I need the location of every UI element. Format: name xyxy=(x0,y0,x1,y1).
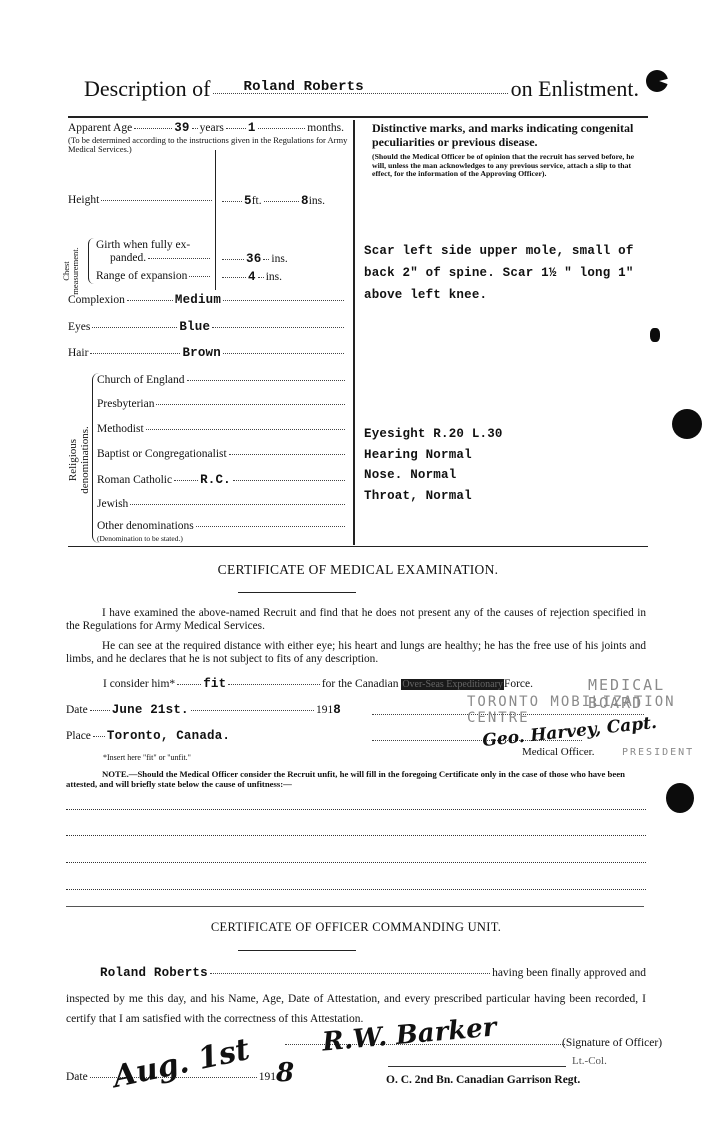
measure-divider xyxy=(215,150,216,290)
commanding-year-value: 8 xyxy=(276,1058,294,1088)
religion-jewish: Jewish xyxy=(97,498,347,510)
insert-note: *Insert here "fit" or "unfit." xyxy=(103,753,191,762)
title-prefix: Description of xyxy=(84,76,210,102)
girth-row: panded. xyxy=(110,252,212,264)
exam-lines: Eyesight R.20 L.30 Hearing Normal Nose. … xyxy=(364,424,503,506)
girth-values: 36 ins. xyxy=(220,252,320,266)
binder-hole-bottom xyxy=(666,783,694,813)
marks-heading: Distinctive marks, and marks indicating … xyxy=(372,121,650,149)
medical-place-value: Toronto, Canada. xyxy=(107,729,230,743)
commanding-name-row: Roland Roberts having been finally appro… xyxy=(100,966,646,980)
rank-line xyxy=(388,1066,566,1067)
height-values: 5 ft. 8 ins. xyxy=(220,194,325,208)
chest-brace xyxy=(88,238,95,284)
girth-value: 36 xyxy=(246,252,261,266)
complexion-row: Complexion Medium xyxy=(68,293,346,307)
medical-date-row: Date June 21st. 191 8 xyxy=(66,703,341,717)
commanding-title-underline xyxy=(238,950,356,951)
commanding-certificate-title: CERTIFICATE OF OFFICER COMMANDING UNIT. xyxy=(66,920,646,935)
religion-presbyterian: Presbyterian xyxy=(97,398,347,410)
age-years-value: 39 xyxy=(174,121,189,135)
religion-other-note: (Denomination to be stated.) xyxy=(97,534,183,543)
column-divider xyxy=(353,120,355,545)
complexion-value: Medium xyxy=(175,293,221,307)
top-rule xyxy=(68,116,648,118)
range-value: 4 xyxy=(248,270,256,284)
recruit-name: Roland Roberts xyxy=(243,79,363,95)
eyes-value: Blue xyxy=(179,320,210,334)
medical-para-2: He can see at the required distance with… xyxy=(66,640,646,666)
medical-officer-label: Medical Officer. xyxy=(522,746,595,758)
eyes-row: Eyes Blue xyxy=(68,320,346,334)
section-divider xyxy=(66,906,644,907)
height-feet-value: 5 xyxy=(244,194,252,208)
unfit-line-3[interactable] xyxy=(66,862,646,863)
chest-group-label: Chest measurement. xyxy=(62,246,80,296)
religion-baptist: Baptist or Congregationalist xyxy=(97,448,347,460)
consider-row: I consider him* fit for the Canadian Ove… xyxy=(103,677,533,691)
range-row: Range of expansion xyxy=(96,270,212,282)
commanding-date-value: Aug. 1st xyxy=(110,1032,253,1095)
binder-hole-top xyxy=(646,70,668,92)
form-title: Description of Roland Roberts on Enlistm… xyxy=(84,76,639,102)
force-struck: Over-Seas Expeditionary xyxy=(401,679,504,690)
fitness-value: fit xyxy=(203,677,226,691)
apparent-age-row: Apparent Age 39 years 1 months. xyxy=(68,121,344,135)
commanding-recruit-name: Roland Roberts xyxy=(100,966,208,980)
unfit-line-1[interactable] xyxy=(66,809,646,810)
medical-title-underline xyxy=(238,592,356,593)
marks-note: (Should the Medical Officer be of opinio… xyxy=(372,153,650,179)
unfit-line-2[interactable] xyxy=(66,835,646,836)
title-suffix: on Enlistment. xyxy=(511,76,639,102)
binder-hole-middle xyxy=(672,409,702,439)
height-inches-value: 8 xyxy=(301,194,309,208)
hair-row: Hair Brown xyxy=(68,346,346,360)
medical-date-value: June 21st. xyxy=(112,703,189,717)
commanding-para: inspected by me this day, and his Name, … xyxy=(66,989,646,1029)
marks-lines: Scar left side upper mole, small of back… xyxy=(364,240,634,306)
medical-certificate-title: CERTIFICATE OF MEDICAL EXAMINATION. xyxy=(68,562,648,578)
religion-value: R.C. xyxy=(200,473,231,487)
girth-label-1: Girth when fully ex- xyxy=(96,239,190,251)
unfit-note: NOTE.—Should the Medical Officer conside… xyxy=(66,769,646,789)
unfit-line-4[interactable] xyxy=(66,889,646,890)
officer-unit: O. C. 2nd Bn. Canadian Garrison Regt. xyxy=(386,1074,580,1086)
signature-of-officer-label: (Signature of Officer) xyxy=(562,1037,662,1049)
ink-blot xyxy=(650,328,660,342)
religion-roman-catholic: Roman Catholic R.C. xyxy=(97,473,347,487)
medical-place-row: Place Toronto, Canada. xyxy=(66,729,276,743)
medical-para-1: I have examined the above-named Recruit … xyxy=(66,607,646,633)
range-values: 4 ins. xyxy=(220,270,320,284)
hair-value: Brown xyxy=(182,346,221,360)
age-months-value: 1 xyxy=(248,121,256,135)
officer-rank: Lt.-Col. xyxy=(572,1055,607,1067)
president-stamp: PRESIDENT xyxy=(622,747,694,758)
religion-church-of-england: Church of England xyxy=(97,374,347,386)
religion-other: Other denominations xyxy=(97,520,347,532)
height-row: Height xyxy=(68,194,214,206)
table-bottom-rule xyxy=(68,546,648,547)
religion-methodist: Methodist xyxy=(97,423,347,435)
age-note: (To be determined according to the instr… xyxy=(68,136,348,154)
religion-group-label: Religious denominations. xyxy=(67,405,91,515)
